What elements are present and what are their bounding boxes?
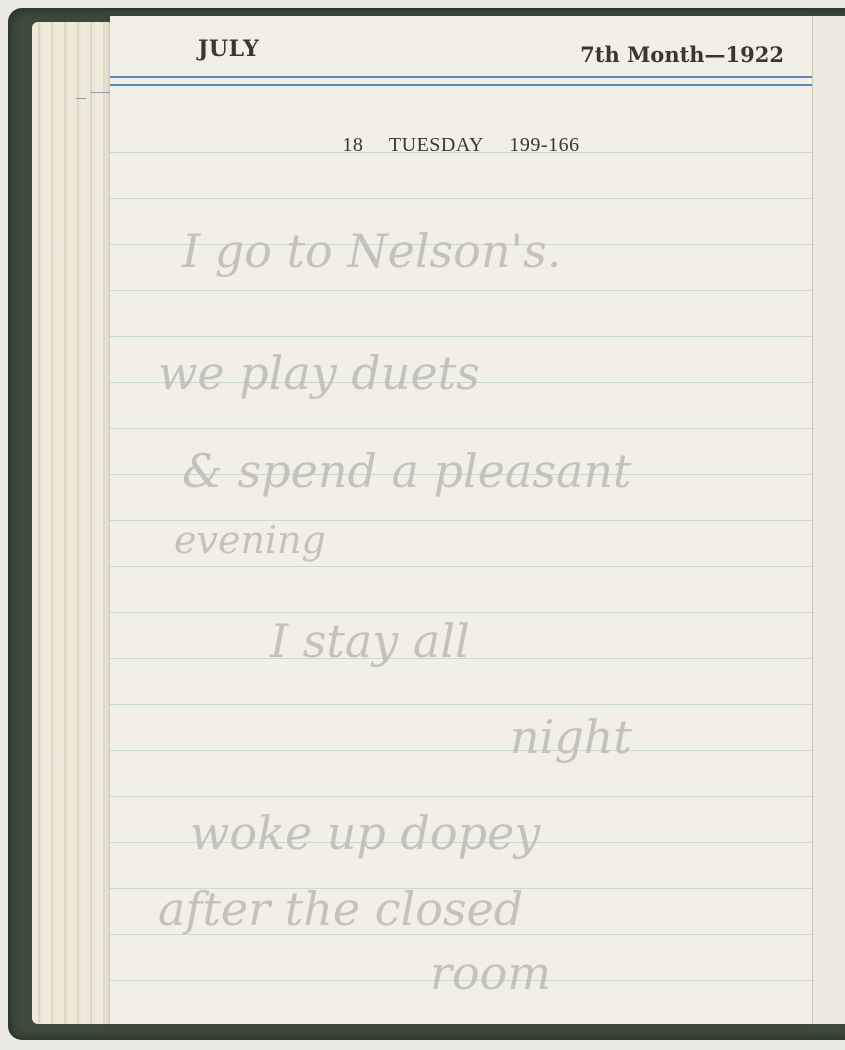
entry-line: room [430, 946, 551, 1000]
entry-line: after the closed [158, 882, 523, 936]
diary-page: JULY 7th Month—1922 18 TUESDAY 199-166 I… [110, 16, 812, 1024]
entry-line: we play duets [158, 346, 480, 400]
handwritten-entry: I go to Nelson's. we play duets & spend … [110, 16, 812, 1024]
entry-line: night [510, 710, 632, 764]
entry-line: evening [174, 518, 326, 562]
page-edge-marks [40, 82, 120, 112]
entry-line: & spend a pleasant [182, 444, 632, 498]
entry-line: I go to Nelson's. [182, 224, 561, 278]
entry-line: woke up dopey [190, 806, 540, 860]
entry-line: I stay all [270, 614, 470, 668]
next-page-edge [812, 16, 845, 1024]
page-edges [32, 22, 122, 1024]
